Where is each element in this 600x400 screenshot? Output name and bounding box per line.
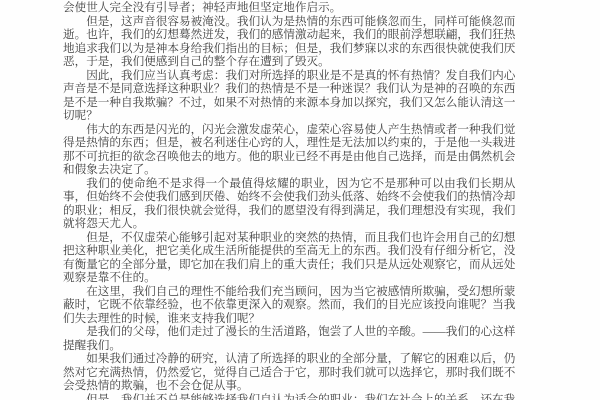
paragraph: 在这里，我们自己的理性不能给我们充当顾问，因为当它被感情所欺骗，受幻想所蒙蔽时，…: [63, 285, 515, 326]
paragraph: 我们的使命绝不是求得一个最值得炫耀的职业，因为它不是那种可以由我们长期从事，但始…: [63, 177, 515, 231]
document-text: 会使世人完全没有引导者；神轻声地但坚定地作启示。但是，这声音很容易被淹没。我们认…: [63, 1, 515, 400]
paragraph: 但是，不仅虚荣心能够引起对某种职业的突然的热情，而且我们也许会用自己的幻想把这种…: [63, 231, 515, 285]
paragraph: 伟大的东西是闪光的，闪光会激发虚荣心，虚荣心容易使人产生热情或者一种我们觉得是热…: [63, 123, 515, 177]
scanned-document-page: 会使世人完全没有引导者；神轻声地但坚定地作启示。但是，这声音很容易被淹没。我们认…: [0, 0, 600, 400]
paragraph: 但是，我们并不总是能够选择我们自认为适合的职业；我们在社会上的关系，还在我: [63, 393, 515, 400]
paragraph: 如果我们通过冷静的研究，认清了所选择的职业的全部分量，了解它的困难以后，仍然对它…: [63, 352, 515, 393]
paragraph: 会使世人完全没有引导者；神轻声地但坚定地作启示。: [63, 1, 515, 15]
paragraph: 是我们的父母，他们走过了漫长的生活道路，饱尝了人世的辛酸。——我们的心这样提醒我…: [63, 325, 515, 352]
paragraph: 但是，这声音很容易被淹没。我们认为是热情的东西可能倏忽而生，同样可能倏忽而逝。也…: [63, 15, 515, 69]
paragraph: 因此，我们应当认真考虑：我们对所选择的职业是不是真的怀有热情？发自我们内心声音是…: [63, 69, 515, 123]
